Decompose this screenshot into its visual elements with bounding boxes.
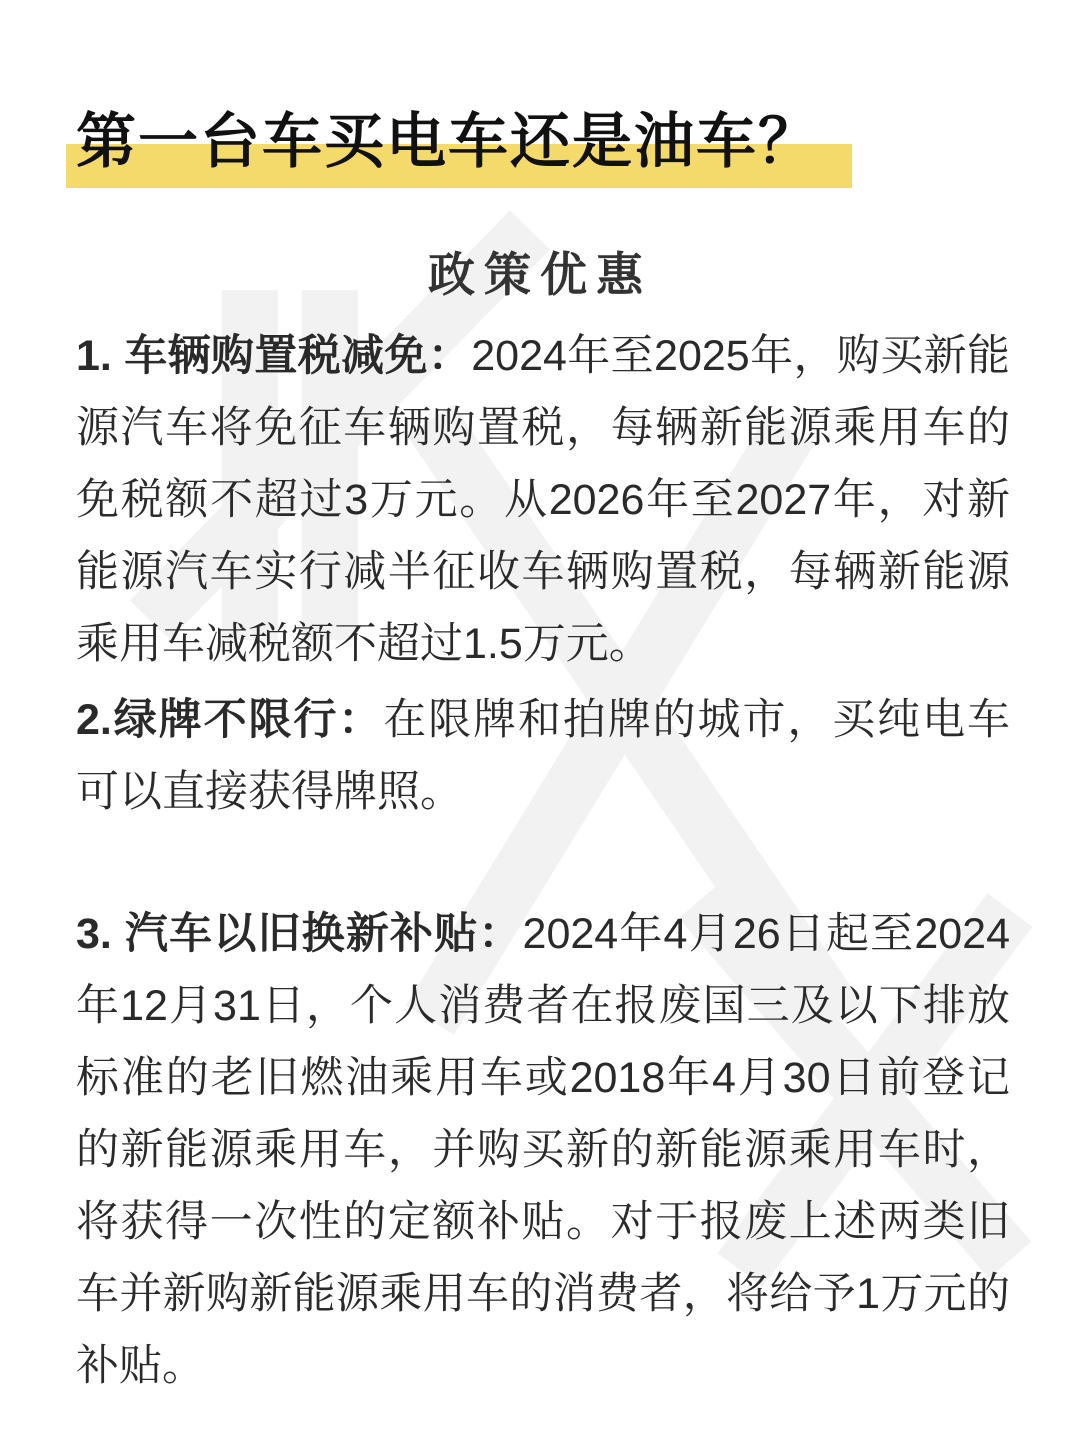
policy-item-purchase-tax: 1. 车辆购置税减免：2024年至2025年，购买新能源汽车将免征车辆购置税，每…: [76, 320, 1010, 680]
page-title: 第一台车买电车还是油车？: [66, 106, 852, 178]
policy-item-green-plate: 2.绿牌不限行：在限牌和拍牌的城市，买纯电车可以直接获得牌照。: [76, 684, 1010, 828]
policy-item-trade-in-subsidy-lead: 3. 汽车以旧换新补贴：: [76, 910, 523, 958]
page-title-block: 第一台车买电车还是油车？: [66, 106, 852, 178]
section-heading: 政策优惠: [0, 238, 1080, 305]
policy-item-purchase-tax-body: 2024年至2025年，购买新能源汽车将免征车辆购置税，每辆新能源乘用车的免税额…: [76, 332, 1010, 668]
policy-item-trade-in-subsidy-body: 2024年4月26日起至2024年12月31日，个人消费者在报废国三及以下排放标…: [76, 910, 1010, 1390]
policy-item-purchase-tax-lead: 1. 车辆购置税减免：: [76, 332, 471, 380]
policy-item-trade-in-subsidy: 3. 汽车以旧换新补贴：2024年4月26日起至2024年12月31日，个人消费…: [76, 898, 1010, 1402]
policy-item-green-plate-lead: 2.绿牌不限行：: [76, 696, 383, 744]
policy-infographic-page: 第一台车买电车还是油车？ 政策优惠 1. 车辆购置税减免：2024年至2025年…: [0, 0, 1080, 1443]
